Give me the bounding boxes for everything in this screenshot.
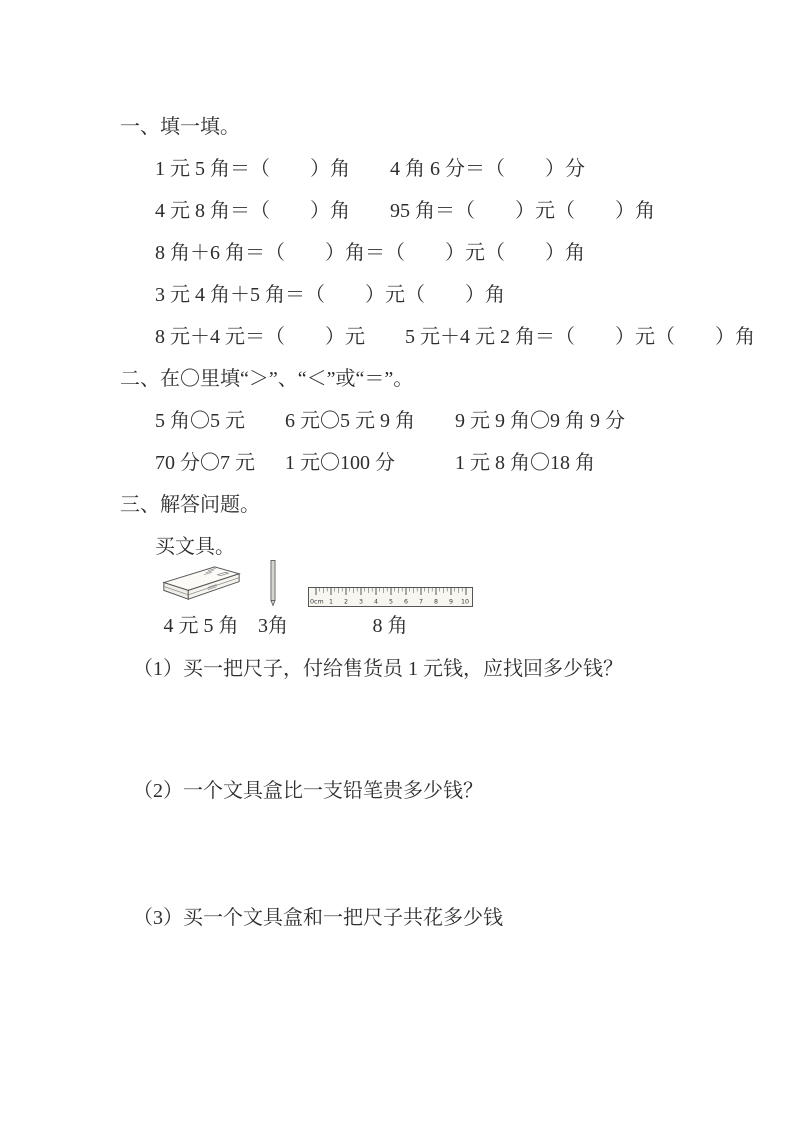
ruler-figure: 0cm 1 2 3 4 5 6 7 8 9 10 8 角 (305, 587, 475, 638)
pencil-figure: 3角 (251, 559, 295, 638)
equation: 4 元 8 角＝（ ）角 (155, 190, 350, 232)
equation: 8 元＋4 元＝（ ）元 (155, 316, 365, 358)
comparison-item: 5 角〇5 元 (155, 400, 285, 442)
comparison-item: 9 元 9 角〇9 角 9 分 (455, 400, 625, 442)
comparison-row-2: 70 分〇7 元 1 元〇100 分 1 元 8 角〇18 角 (120, 442, 737, 484)
pencil-illustration (268, 559, 278, 613)
ruler-illustration: 0cm 1 2 3 4 5 6 7 8 9 10 (308, 587, 473, 613)
comparison-row-1: 5 角〇5 元 6 元〇5 元 9 角 9 元 9 角〇9 角 9 分 (120, 400, 737, 442)
fill-blank-line-1: 1 元 5 角＝（ ）角4 角 6 分＝（ ）分 (120, 148, 737, 190)
pencil-box-price-label: 4 元 5 角 (164, 614, 239, 638)
ruler-scale-label: 0cm (310, 599, 324, 606)
stationery-items-row: 4 元 5 角 3角 0cm 1 2 (120, 568, 737, 638)
equation: 8 角＋6 角＝（ ）角＝（ ）元（ ）角 (155, 232, 585, 274)
question-1: （1）买一把尺子，付给售货员 1 元钱，应找回多少钱？ (120, 648, 737, 690)
ruler-price-label: 8 角 (373, 614, 408, 638)
ruler-scale-label: 5 (388, 599, 392, 606)
ruler-scale-label: 8 (433, 599, 437, 606)
comparison-item: 70 分〇7 元 (155, 442, 285, 484)
ruler-scale-label: 3 (358, 599, 362, 606)
question-2: （2）一个文具盒比一支铅笔贵多少钱？ (120, 770, 737, 812)
comparison-item: 6 元〇5 元 9 角 (285, 400, 455, 442)
pencil-box-illustration (157, 562, 245, 613)
fill-blank-line-2: 4 元 8 角＝（ ）角95 角＝（ ）元（ ）角 (120, 190, 737, 232)
equation: 1 元 5 角＝（ ）角 (155, 148, 350, 190)
worksheet-page: 一、填一填。 1 元 5 角＝（ ）角4 角 6 分＝（ ）分 4 元 8 角＝… (0, 0, 793, 1122)
comparison-item: 1 元 8 角〇18 角 (455, 442, 595, 484)
ruler-scale-label: 4 (373, 599, 377, 606)
ruler-scale-label: 6 (403, 599, 407, 606)
pencil-price-label: 3角 (258, 614, 288, 638)
ruler-scale-label: 9 (448, 599, 452, 606)
fill-blank-line-3: 8 角＋6 角＝（ ）角＝（ ）元（ ）角 (120, 232, 737, 274)
comparison-item: 1 元〇100 分 (285, 442, 455, 484)
ruler-scale-label: 7 (418, 599, 422, 606)
section-two-title: 二、在〇里填“＞”、“＜”或“＝”。 (120, 358, 737, 400)
ruler-scale-label: 2 (343, 599, 347, 606)
equation: 3 元 4 角＋5 角＝（ ）元（ ）角 (155, 274, 505, 316)
equation: 5 元＋4 元 2 角＝（ ）元（ ）角 (405, 316, 755, 358)
ruler-scale-label: 1 (328, 599, 332, 606)
ruler-scale-label: 10 (460, 599, 468, 606)
question-3: （3）买一个文具盒和一把尺子共花多少钱 (120, 897, 737, 939)
section-three-title: 三、解答问题。 (120, 484, 737, 526)
fill-blank-line-5: 8 元＋4 元＝（ ）元5 元＋4 元 2 角＝（ ）元（ ）角 (120, 316, 737, 358)
fill-blank-line-4: 3 元 4 角＋5 角＝（ ）元（ ）角 (120, 274, 737, 316)
section-one-title: 一、填一填。 (120, 106, 737, 148)
pencil-box-figure: 4 元 5 角 (155, 562, 247, 638)
equation: 95 角＝（ ）元（ ）角 (390, 190, 655, 232)
equation: 4 角 6 分＝（ ）分 (390, 148, 585, 190)
